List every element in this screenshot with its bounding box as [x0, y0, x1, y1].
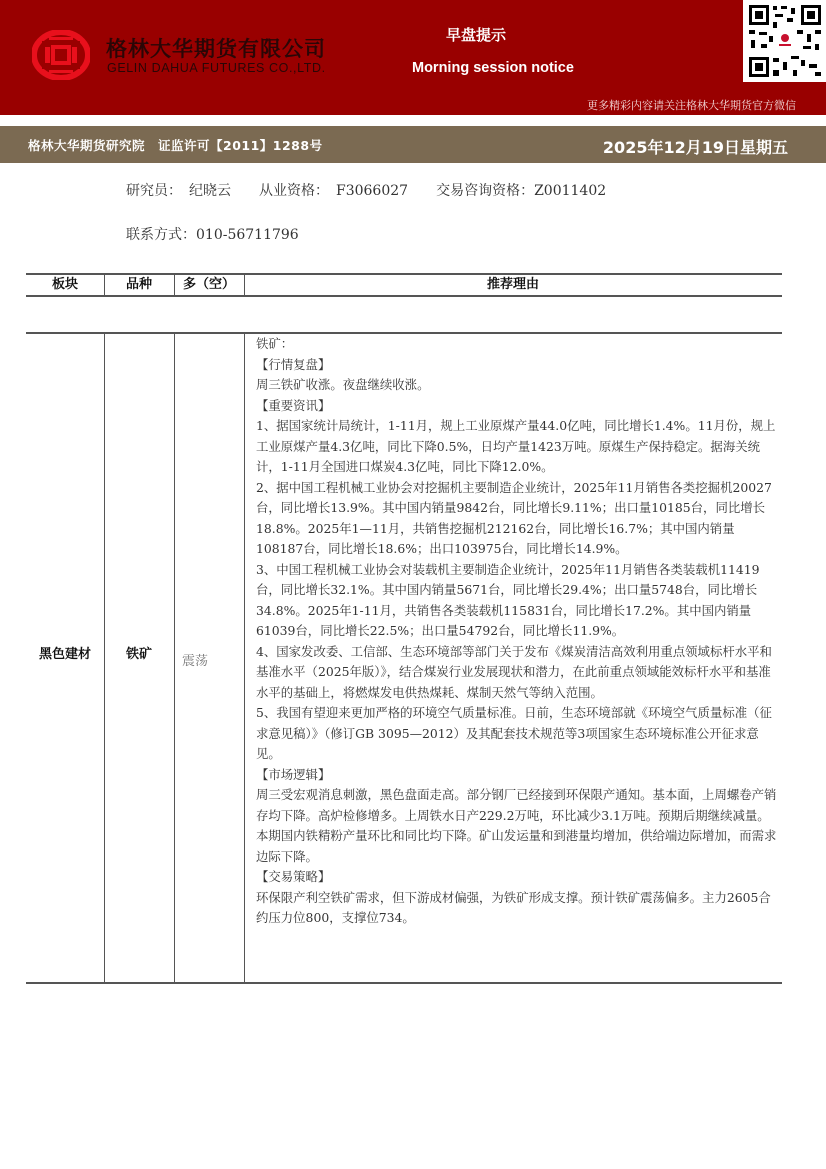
reason-line: 铁矿： [256, 334, 778, 355]
header-direction: 多（空） [174, 273, 244, 296]
section-heading: 【市场逻辑】 [256, 765, 778, 786]
follow-wechat-text: 更多精彩内容请关注格林大华期货官方微信 [587, 97, 796, 113]
reason-paragraph: 5、我国有望迎来更加严格的环境空气质量标准。日前，生态环境部就《环境空气质量标准… [256, 703, 778, 765]
cell-variety: 铁矿 [104, 643, 174, 662]
section-heading: 【行情复盘】 [256, 355, 778, 376]
reason-paragraph: 环保限产利空铁矿需求，但下游成材偏强，为铁矿形成支撑。预计铁矿震荡偏多。主力26… [256, 888, 778, 929]
cell-direction: 震荡 [174, 650, 216, 669]
report-date: 2025年12月19日星期五 [603, 135, 788, 158]
table-bottom-border [26, 982, 782, 984]
section-heading: 【交易策略】 [256, 867, 778, 888]
analyst-info: 研究员： 纪晓云 从业资格： F3066027 交易咨询资格：Z0011402 [126, 180, 606, 200]
cell-sector: 黑色建材 [26, 643, 104, 662]
company-name-cn: 格林大华期货有限公司 [106, 33, 326, 63]
header-reason: 推荐理由 [244, 273, 782, 296]
reason-paragraph: 1、据国家统计局统计，1-11月，规上工业原煤产量44.0亿吨，同比增长1.4%… [256, 416, 778, 478]
header-sector: 板块 [26, 273, 104, 296]
reason-paragraph: 周三铁矿收涨。夜盘继续收涨。 [256, 375, 778, 396]
report-title-en: Morning session notice [412, 60, 574, 76]
contact-info: 联系方式：010-56711796 [126, 224, 299, 244]
company-name-en: GELIN DAHUA FUTURES CO.,LTD. [107, 61, 326, 75]
institute-license: 格林大华期货研究院 证监许可【2011】1288号 [28, 136, 323, 154]
reason-paragraph: 4、国家发改委、工信部、生态环境部等部门关于发布《煤炭清洁高效利用重点领域标杆水… [256, 642, 778, 704]
reason-paragraph: 3、中国工程机械工业协会对装载机主要制造企业统计，2025年11月销售各类装载机… [256, 560, 778, 642]
wechat-qr-code-icon [743, 0, 826, 82]
reason-paragraph: 周三受宏观消息刺激，黑色盘面走高。部分钢厂已经接到环保限产通知。基本面，上周螺卷… [256, 785, 778, 867]
report-title-cn: 早盘提示 [446, 24, 506, 45]
section-heading: 【重要资讯】 [256, 396, 778, 417]
header-variety: 品种 [104, 273, 174, 296]
cell-reason: 铁矿： 【行情复盘】 周三铁矿收涨。夜盘继续收涨。 【重要资讯】 1、据国家统计… [256, 334, 778, 929]
company-logo-icon [32, 30, 90, 80]
reason-paragraph: 2、据中国工程机械工业协会对挖掘机主要制造企业统计，2025年11月销售各类挖掘… [256, 478, 778, 560]
column-divider [244, 333, 245, 982]
